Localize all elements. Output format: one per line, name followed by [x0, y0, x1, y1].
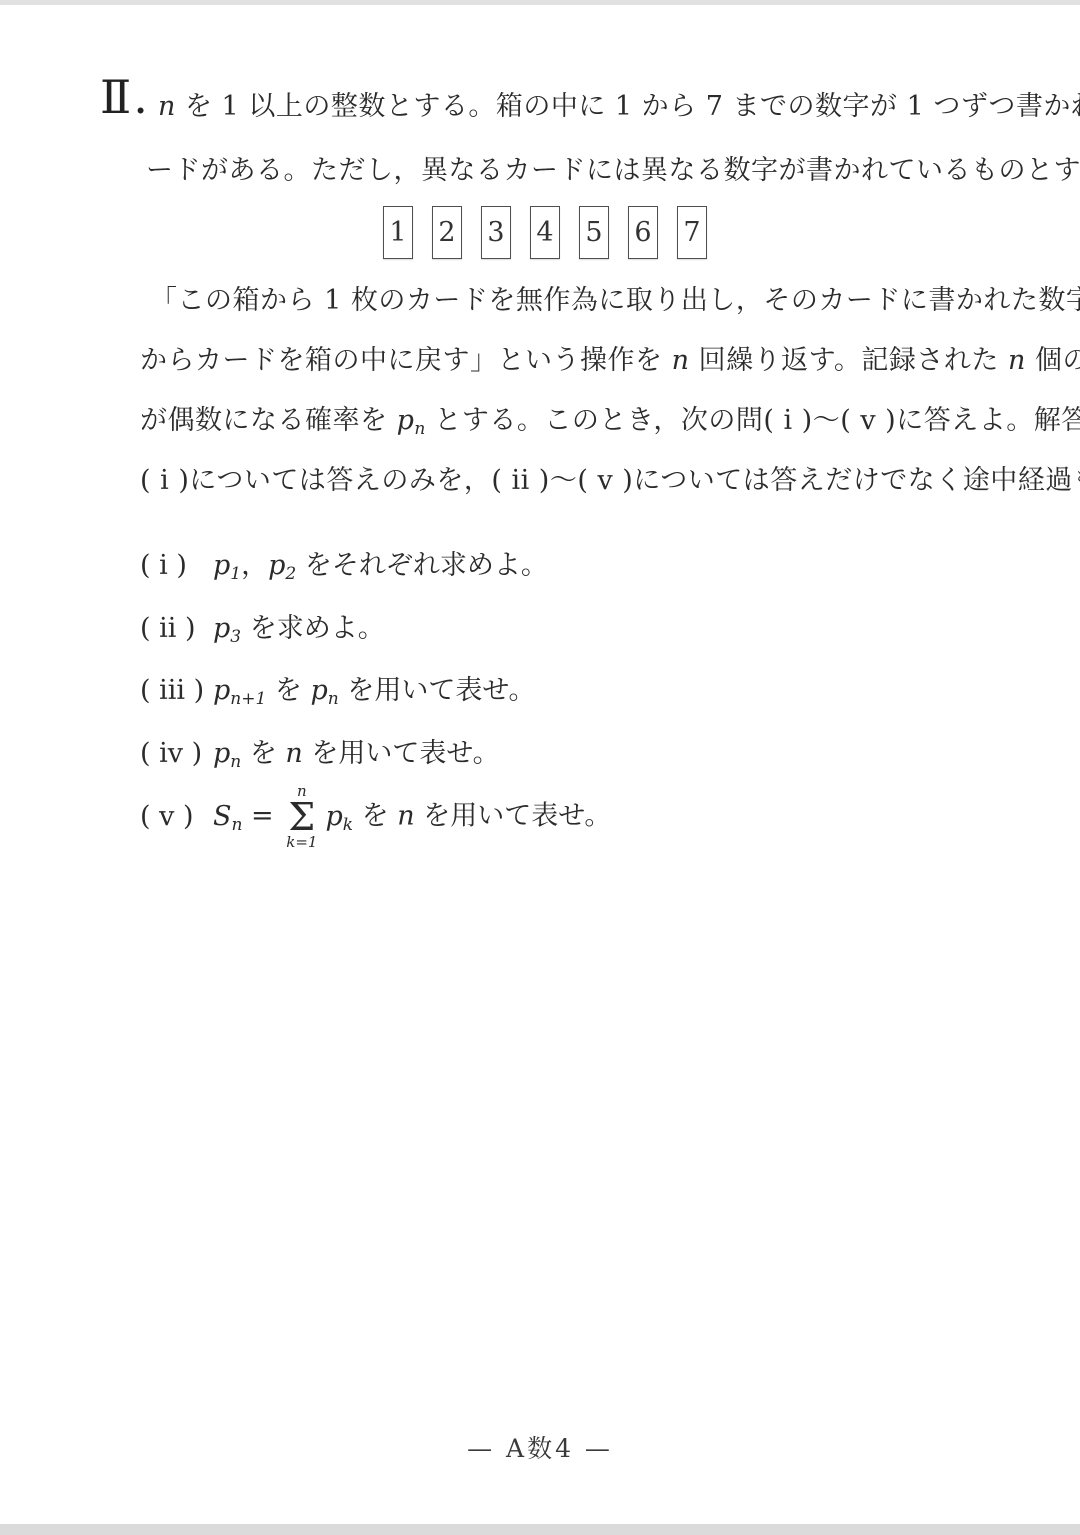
number-card: 2: [432, 206, 462, 259]
math-variable: n: [1008, 345, 1026, 376]
question-i: ( i ) p1，p2 をそれぞれ求めよ。: [140, 549, 548, 583]
card-row: 1234567: [383, 206, 707, 259]
card-number: 1: [389, 217, 406, 248]
card-number: 3: [487, 217, 504, 248]
question-i-text: p1，p2 をそれぞれ求めよ。: [213, 549, 548, 583]
math-subscripted-variable: pn+1: [213, 675, 266, 706]
question-v-text: Sn = nΣk=1pk を n を用いて表せ。: [213, 784, 611, 850]
body-line-1: 「この箱から 1 枚のカードを無作為に取り出し，そのカードに書かれた数字を記録し…: [150, 284, 1080, 318]
intro-line-1: n を 1 以上の整数とする。箱の中に 1 から 7 までの数字が 1 つずつ書…: [158, 90, 1080, 124]
card-number: 5: [585, 217, 602, 248]
body-line-2: からカードを箱の中に戻す」という操作を n 回繰り返す。記録された n 個の数字…: [140, 344, 1080, 378]
exam-page: Ⅱ. n を 1 以上の整数とする。箱の中に 1 から 7 までの数字が 1 つ…: [0, 0, 1080, 1535]
math-subscripted-variable: pn: [310, 675, 338, 706]
question-v: ( v ) Sn = nΣk=1pk を n を用いて表せ。: [140, 786, 611, 848]
card-number: 4: [536, 217, 553, 248]
question-i-label: ( i ): [140, 549, 213, 583]
body-line-3: が偶数になる確率を pn とする。このとき，次の問( i )〜( v )に答えよ…: [140, 404, 1080, 438]
page-bottom-edge: [0, 1524, 1080, 1535]
math-variable: n: [158, 91, 176, 122]
math-subscripted-variable: pn: [213, 738, 241, 769]
card-number: 7: [683, 217, 700, 248]
question-iii: ( iii ) pn+1 を pn を用いて表せ。: [140, 674, 536, 708]
math-variable: n: [672, 345, 690, 376]
math-subscripted-variable: p3: [213, 613, 241, 644]
question-iv-text: pn を n を用いて表せ。: [213, 737, 500, 771]
number-card: 1: [383, 206, 413, 259]
intro-line-2: ードがある。ただし，異なるカードには異なる数字が書かれているものとする。: [146, 154, 1080, 188]
question-iv-label: ( iv ): [140, 737, 213, 771]
body-line-4: ( i )については答えのみを，( ii )〜( v )については答えだけでなく…: [140, 464, 1080, 498]
number-card: 5: [579, 206, 609, 259]
question-iii-text: pn+1 を pn を用いて表せ。: [213, 674, 536, 708]
math-subscripted-variable: p2: [268, 550, 296, 581]
page-top-edge: [0, 0, 1080, 5]
question-ii-label: ( ii ): [140, 612, 213, 646]
summation-symbol: nΣk=1: [286, 784, 317, 850]
math-variable: n: [397, 801, 414, 832]
problem-number: Ⅱ.: [100, 74, 150, 120]
math-subscripted-variable: Sn: [213, 801, 242, 832]
question-iii-label: ( iii ): [140, 674, 213, 708]
number-card: 4: [530, 206, 560, 259]
number-card: 7: [677, 206, 707, 259]
number-card: 6: [628, 206, 658, 259]
question-v-label: ( v ): [140, 800, 213, 834]
card-number: 2: [438, 217, 455, 248]
math-subscripted-variable: pn: [397, 405, 426, 436]
math-variable: n: [285, 738, 302, 769]
question-iv: ( iv ) pn を n を用いて表せ。: [140, 737, 500, 771]
question-ii-text: p3 を求めよ。: [213, 612, 385, 646]
math-subscripted-variable: pk: [325, 801, 353, 832]
page-number: — A数4 —: [0, 1429, 1080, 1465]
question-ii: ( ii ) p3 を求めよ。: [140, 612, 385, 646]
math-subscripted-variable: p1: [213, 550, 241, 581]
card-number: 6: [634, 217, 651, 248]
number-card: 3: [481, 206, 511, 259]
